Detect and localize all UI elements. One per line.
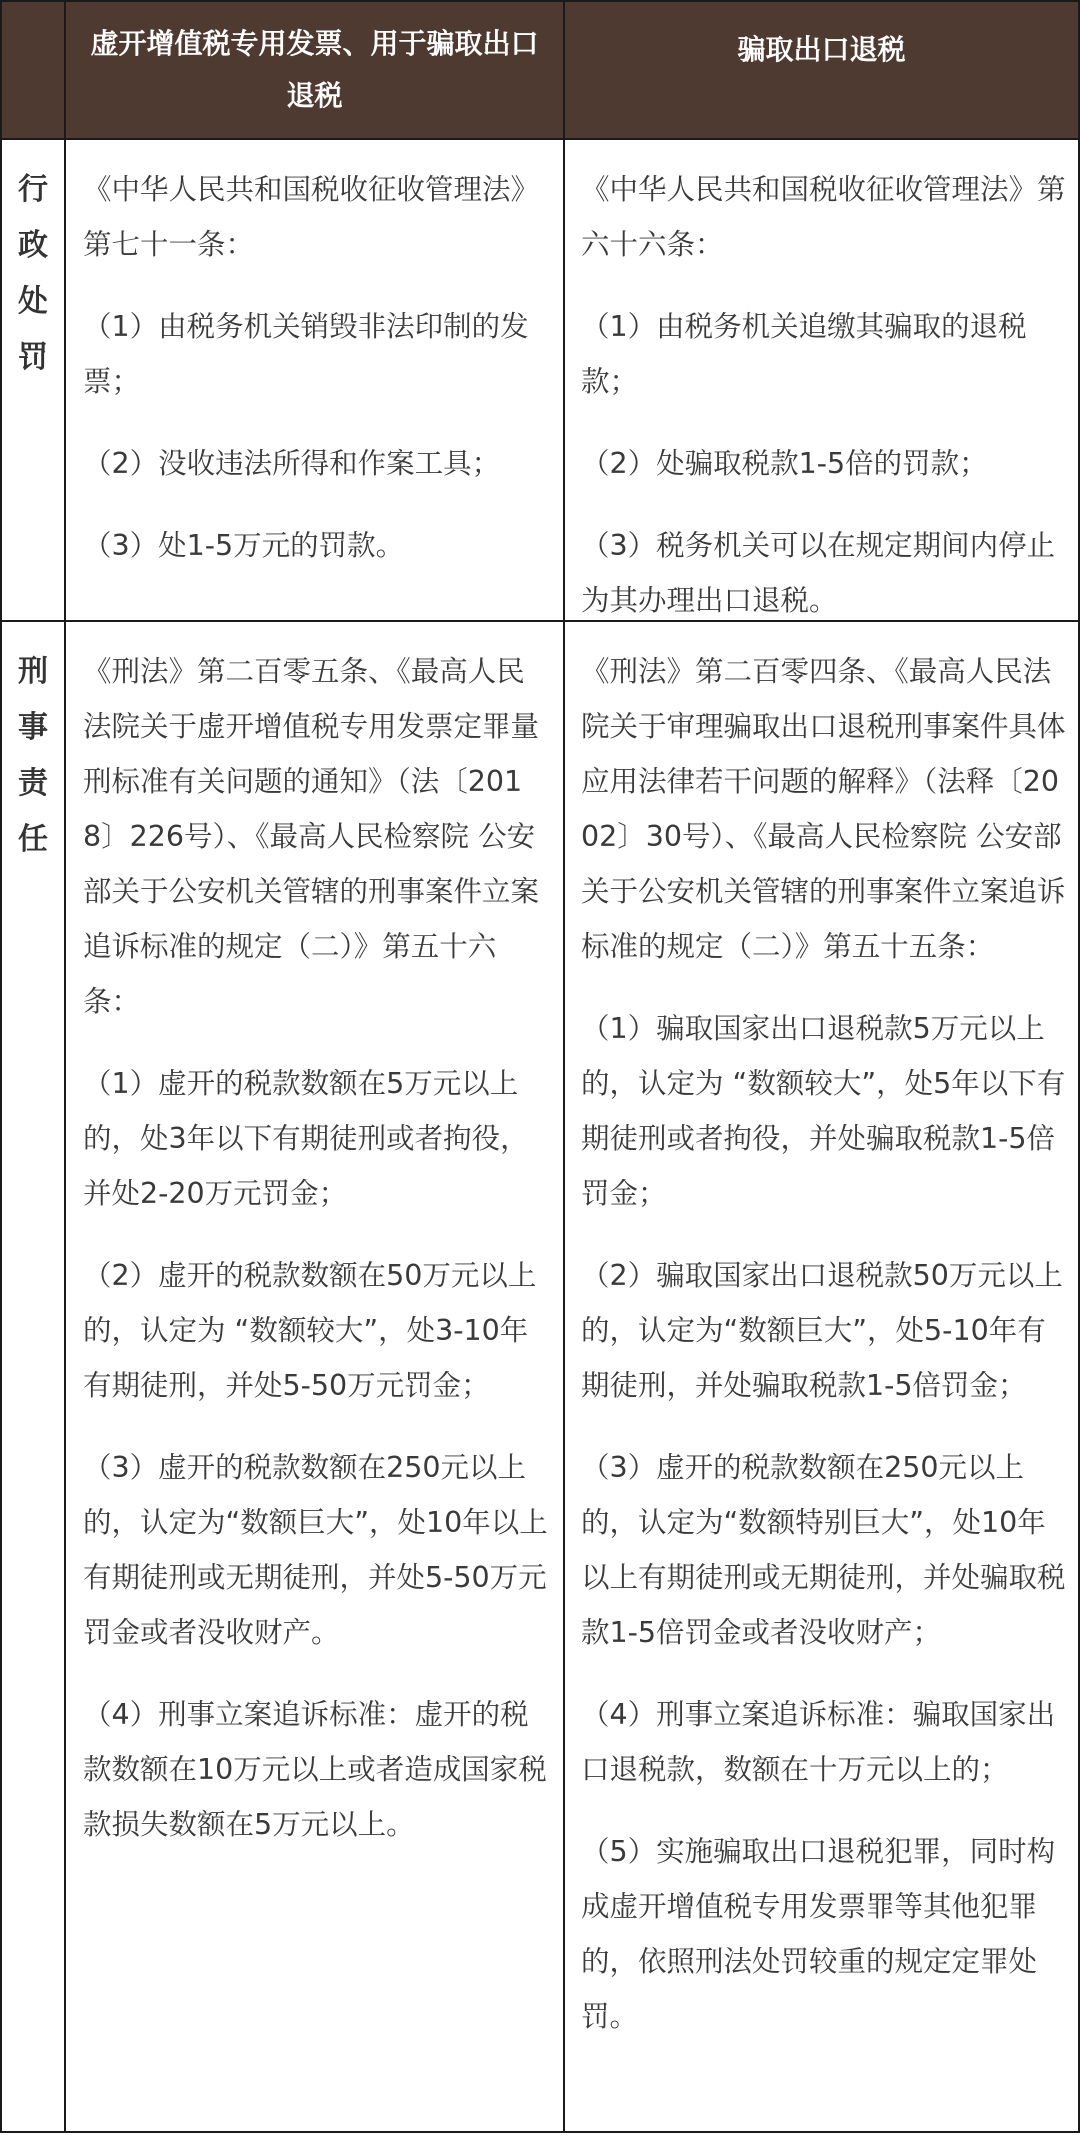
row-label-char: 事 (2, 700, 64, 756)
row-label-char: 行 (2, 162, 64, 218)
paragraph-item-1: （1）由税务机关销毁非法印制的发票； (83, 299, 549, 409)
header-export-rebate-fraud-column: 骗取出口退税 (565, 2, 1078, 138)
paragraph-item-4: （4）刑事立案追诉标准：骗取国家出口退税款，数额在十万元以上的； (581, 1687, 1070, 1797)
paragraph-item-3: （3）处1-5万元的罚款。 (83, 518, 549, 573)
paragraph-item-2: （2）处骗取税款1-5倍的罚款； (581, 436, 1070, 491)
row-label-char: 责 (2, 756, 64, 812)
paragraph-law-citation: 《中华人民共和国税收征收管理法》第六十六条： (581, 162, 1070, 272)
paragraph-item-4: （4）刑事立案追诉标准：虚开的税款数额在10万元以上或者造成国家税款损失数额在5… (83, 1687, 549, 1852)
row-label-administrative-penalty: 行 政 处 罚 (2, 140, 66, 620)
table-row-criminal-liability: 刑 事 责 任 《刑法》第二百零五条、《最高人民法院关于虚开增值税专用发票定罪量… (2, 622, 1078, 2133)
header-false-invoice-column: 虚开增值税专用发票、用于骗取出口退税 (66, 2, 565, 138)
paragraph-item-1: （1）由税务机关追缴其骗取的退税款； (581, 299, 1070, 409)
paragraph-item-3: （3）税务机关可以在规定期间内停止为其办理出口退税。 (581, 518, 1070, 628)
header-corner-cell (2, 2, 66, 138)
paragraph-item-5: （5）实施骗取出口退税犯罪，同时构成虚开增值税专用发票罪等其他犯罪的，依照刑法处… (581, 1824, 1070, 2044)
paragraph-law-citation: 《刑法》第二百零四条、《最高人民法院关于审理骗取出口退税刑事案件具体应用法律若干… (581, 644, 1070, 974)
comparison-table: 虚开增值税专用发票、用于骗取出口退税 骗取出口退税 行 政 处 罚 《中华人民共… (0, 0, 1080, 2133)
row-label-char: 任 (2, 812, 64, 868)
paragraph-law-citation: 《中华人民共和国税收征收管理法》第七十一条： (83, 162, 549, 272)
paragraph-item-3: （3）虚开的税款数额在250元以上的，认定为“数额巨大”，处10年以上有期徒刑或… (83, 1440, 549, 1660)
row-label-char: 处 (2, 274, 64, 330)
row-label-char: 政 (2, 218, 64, 274)
row-label-char: 刑 (2, 644, 64, 700)
row-label-criminal-liability: 刑 事 责 任 (2, 622, 66, 2133)
paragraph-item-3: （3）虚开的税款数额在250元以上的，认定为“数额特别巨大”，处10年以上有期徒… (581, 1440, 1070, 1660)
paragraph-item-2: （2）骗取国家出口退税款50万元以上的，认定为“数额巨大”，处5-10年有期徒刑… (581, 1248, 1070, 1413)
cell-admin-false-invoice: 《中华人民共和国税收征收管理法》第七十一条： （1）由税务机关销毁非法印制的发票… (66, 140, 565, 620)
paragraph-item-2: （2）虚开的税款数额在50万元以上的，认定为 “数额较大”，处3-10年有期徒刑… (83, 1248, 549, 1413)
table-row-administrative-penalty: 行 政 处 罚 《中华人民共和国税收征收管理法》第七十一条： （1）由税务机关销… (2, 140, 1078, 622)
paragraph-item-1: （1）虚开的税款数额在5万元以上的，处3年以下有期徒刑或者拘役，并处2-20万元… (83, 1056, 549, 1221)
paragraph-item-2: （2）没收违法所得和作案工具； (83, 436, 549, 491)
cell-criminal-false-invoice: 《刑法》第二百零五条、《最高人民法院关于虚开增值税专用发票定罪量刑标准有关问题的… (66, 622, 565, 2133)
cell-admin-export-rebate: 《中华人民共和国税收征收管理法》第六十六条： （1）由税务机关追缴其骗取的退税款… (565, 140, 1078, 620)
row-label-char: 罚 (2, 330, 64, 386)
paragraph-law-citation: 《刑法》第二百零五条、《最高人民法院关于虚开增值税专用发票定罪量刑标准有关问题的… (83, 644, 549, 1029)
cell-criminal-export-rebate: 《刑法》第二百零四条、《最高人民法院关于审理骗取出口退税刑事案件具体应用法律若干… (565, 622, 1078, 2133)
table-header-row: 虚开增值税专用发票、用于骗取出口退税 骗取出口退税 (2, 2, 1078, 140)
paragraph-item-1: （1）骗取国家出口退税款5万元以上的，认定为 “数额较大”，处5年以下有期徒刑或… (581, 1001, 1070, 1221)
